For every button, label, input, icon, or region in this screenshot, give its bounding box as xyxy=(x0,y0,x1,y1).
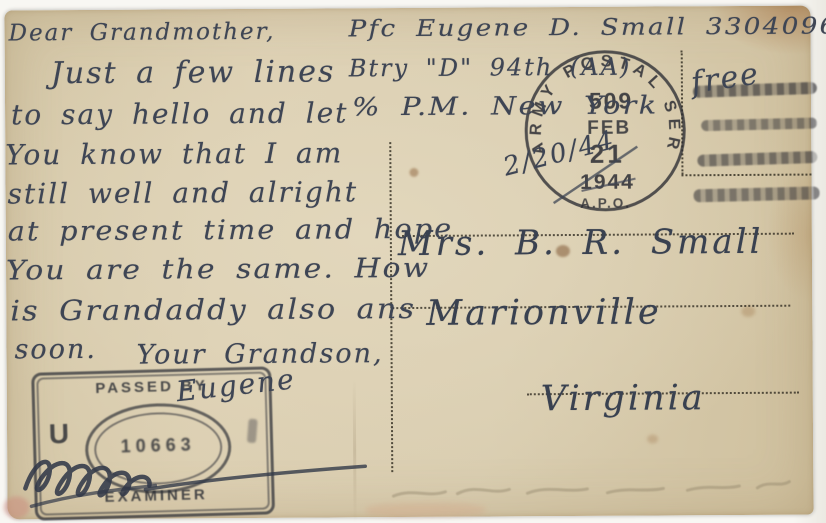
postmark-apo-text: A.P.O. xyxy=(580,196,631,211)
stain-spot xyxy=(409,168,418,177)
message-line-6: You are the same. How xyxy=(6,253,430,287)
stamp-box-bottom-edge xyxy=(681,174,811,177)
message-line-salutation: Dear Grandmother, xyxy=(9,19,276,47)
cancellation-bar xyxy=(697,151,817,167)
cancellation-bar xyxy=(693,186,819,202)
faint-pencil-marks xyxy=(387,466,797,514)
sender-line-2: Btry "D" 94th (AA) xyxy=(349,53,632,83)
address-line-3: Virginia xyxy=(541,378,706,419)
stain-spot xyxy=(741,306,755,317)
message-line-4: still well and alright xyxy=(7,175,358,210)
stain-spot xyxy=(647,434,658,443)
sender-line-3: % P.M. New York xyxy=(352,90,659,121)
message-line-7: is Grandaddy also ans xyxy=(10,292,416,327)
address-line-1: Mrs. B. R. Small xyxy=(398,222,764,264)
message-line-8: soon. xyxy=(14,334,97,366)
sender-line-1: Pfc Eugene D. Small 33040962 xyxy=(348,13,826,42)
censor-signature-scrawl xyxy=(15,426,376,523)
message-line-5: at present time and hope xyxy=(8,214,454,248)
message-line-1: Just a few lines xyxy=(51,54,336,91)
message-line-2: to say hello and let xyxy=(11,96,349,131)
postmark-year: 1944 xyxy=(580,171,635,194)
message-line-3: You know that I am xyxy=(5,136,343,171)
scanned-postcard-image: Dear Grandmother, Just a few lines to sa… xyxy=(0,0,826,523)
address-line-2: Marionville xyxy=(426,292,662,333)
cancellation-bar xyxy=(701,117,817,131)
postcard-back: Dear Grandmother, Just a few lines to sa… xyxy=(4,6,813,520)
